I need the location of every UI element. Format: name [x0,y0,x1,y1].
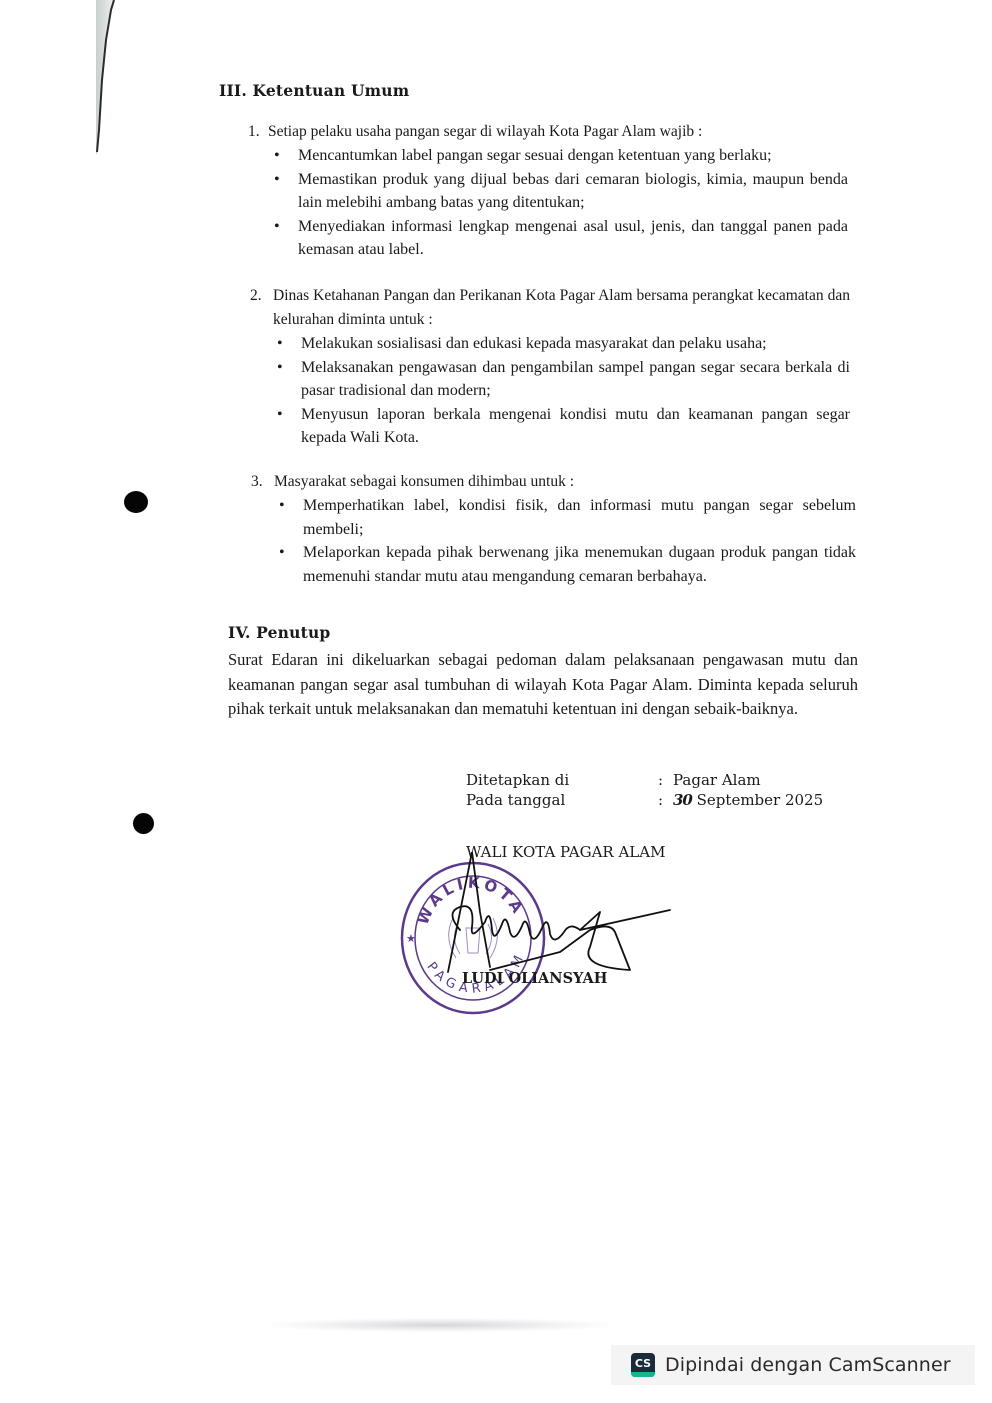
signer-name: LUDI OLIANSYAH [462,970,607,987]
page-edge-shadow [96,0,136,160]
item-text: Masyarakat sebagai konsumen dihimbau unt… [274,470,856,494]
list-item: •Memastikan produk yang dijual bebas dar… [298,168,848,215]
section-heading-penutup: IV. Penutup [228,623,330,642]
handwritten-signature [430,852,680,982]
bullet-icon: • [277,403,283,427]
date-value: 30 September 2025 [673,790,823,810]
list-item: •Melaporkan kepada pihak berwenang jika … [303,541,856,588]
bullet-list: •Memperhatikan label, kondisi fisik, dan… [303,494,856,588]
item-text: Setiap pelaku usaha pangan segar di wila… [268,120,848,144]
list-item: •Mencantumkan label pangan segar sesuai … [298,144,848,168]
punch-hole [133,813,154,834]
camscanner-watermark: CS Dipindai dengan CamScanner [611,1345,975,1385]
enactment-details: Ditetapkan di : Pagar Alam Pada tanggal … [466,770,823,810]
handwritten-day: 30 [673,791,692,809]
svg-text:★: ★ [406,932,416,945]
list-item: •Menyusun laporan berkala mengenai kondi… [301,403,850,450]
bullet-list: •Melakukan sosialisasi dan edukasi kepad… [301,332,850,450]
bullet-icon: • [279,541,285,565]
item-number: 1. [248,120,260,144]
list-item: •Memperhatikan label, kondisi fisik, dan… [303,494,856,541]
list-item: •Melakukan sosialisasi dan edukasi kepad… [301,332,850,356]
bullet-icon: • [277,332,283,356]
bullet-icon: • [274,144,280,168]
bullet-icon: • [277,356,283,380]
bullet-list: •Mencantumkan label pangan segar sesuai … [298,144,848,262]
numbered-item-3: 3. Masyarakat sebagai konsumen dihimbau … [251,470,856,588]
date-label: Pada tanggal [466,790,658,810]
closing-paragraph: Surat Edaran ini dikeluarkan sebagai ped… [228,648,858,722]
separator: : [658,790,673,810]
bullet-icon: • [274,168,280,192]
numbered-item-1: 1. Setiap pelaku usaha pangan segar di w… [248,120,848,262]
camscanner-logo-icon: CS [631,1353,655,1377]
place-value: Pagar Alam [673,770,761,790]
item-text: Dinas Ketahanan Pangan dan Perikanan Kot… [273,284,850,332]
scan-shadow [270,1318,610,1332]
item-number: 2. [250,284,262,308]
bullet-icon: • [279,494,285,518]
list-item: •Menyediakan informasi lengkap mengenai … [298,215,848,262]
list-item: •Melaksanakan pengawasan dan pengambilan… [301,356,850,403]
section-heading-ketentuan-umum: III. Ketentuan Umum [219,81,409,100]
separator: : [658,770,673,790]
item-number: 3. [251,470,263,494]
enactment-place-row: Ditetapkan di : Pagar Alam [466,770,823,790]
place-label: Ditetapkan di [466,770,658,790]
bullet-icon: • [274,215,280,239]
numbered-item-2: 2. Dinas Ketahanan Pangan dan Perikanan … [250,284,850,450]
punch-hole [124,491,148,513]
enactment-date-row: Pada tanggal : 30 September 2025 [466,790,823,810]
watermark-text: Dipindai dengan CamScanner [665,1354,951,1376]
